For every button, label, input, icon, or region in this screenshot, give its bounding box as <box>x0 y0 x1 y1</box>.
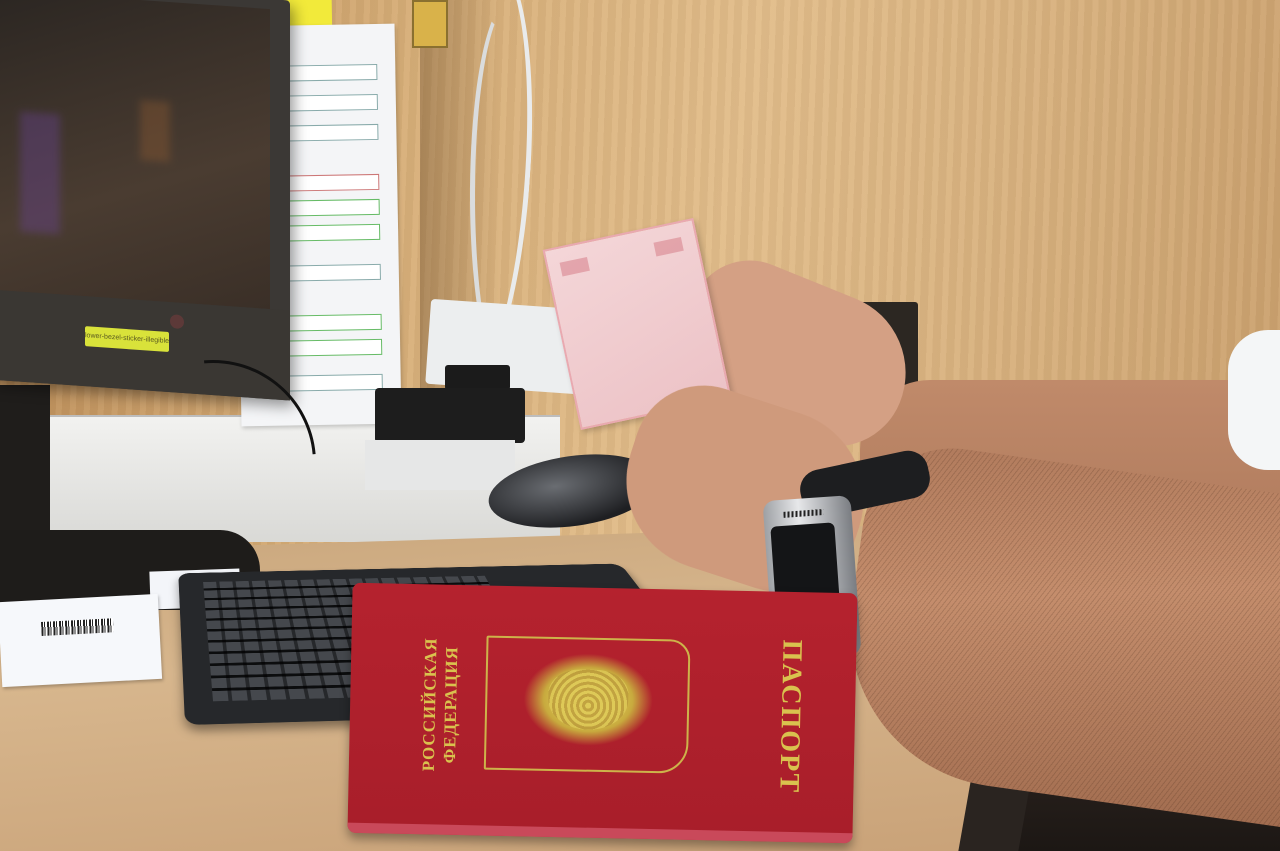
double-headed-eagle-icon <box>517 648 659 751</box>
watch-speaker-grille <box>783 509 823 518</box>
white-box <box>365 440 515 490</box>
white-sleeve <box>1228 330 1280 470</box>
small-yellow-notice <box>412 0 448 48</box>
receipt-paper <box>0 594 162 687</box>
passport-country-line2: ФЕДЕРАЦИЯ <box>439 646 462 764</box>
power-adapter <box>375 388 525 443</box>
brand-logo-icon <box>170 314 184 329</box>
screen-reflection <box>140 100 170 162</box>
passport-title: ПАСПОРТ <box>768 607 813 828</box>
barcode-icon <box>41 618 114 636</box>
plug-adapter <box>445 365 510 390</box>
russian-passport[interactable]: РОССИЙСКАЯ ФЕДЕРАЦИЯ ПАСПОРТ <box>347 583 857 844</box>
monitor-screen <box>0 0 270 309</box>
passport-country: РОССИЙСКАЯ ФЕДЕРАЦИЯ <box>379 643 501 765</box>
document-band <box>653 237 683 257</box>
passport-country-line1: РОССИЙСКАЯ <box>418 637 442 771</box>
document-band <box>560 257 590 277</box>
screen-reflection <box>20 112 60 235</box>
photo-scene: lower-bezel-sticker-illegible РОССИЙСКАЯ… <box>0 0 1280 851</box>
monitor-stand <box>0 385 50 545</box>
computer-monitor: lower-bezel-sticker-illegible <box>0 0 290 400</box>
